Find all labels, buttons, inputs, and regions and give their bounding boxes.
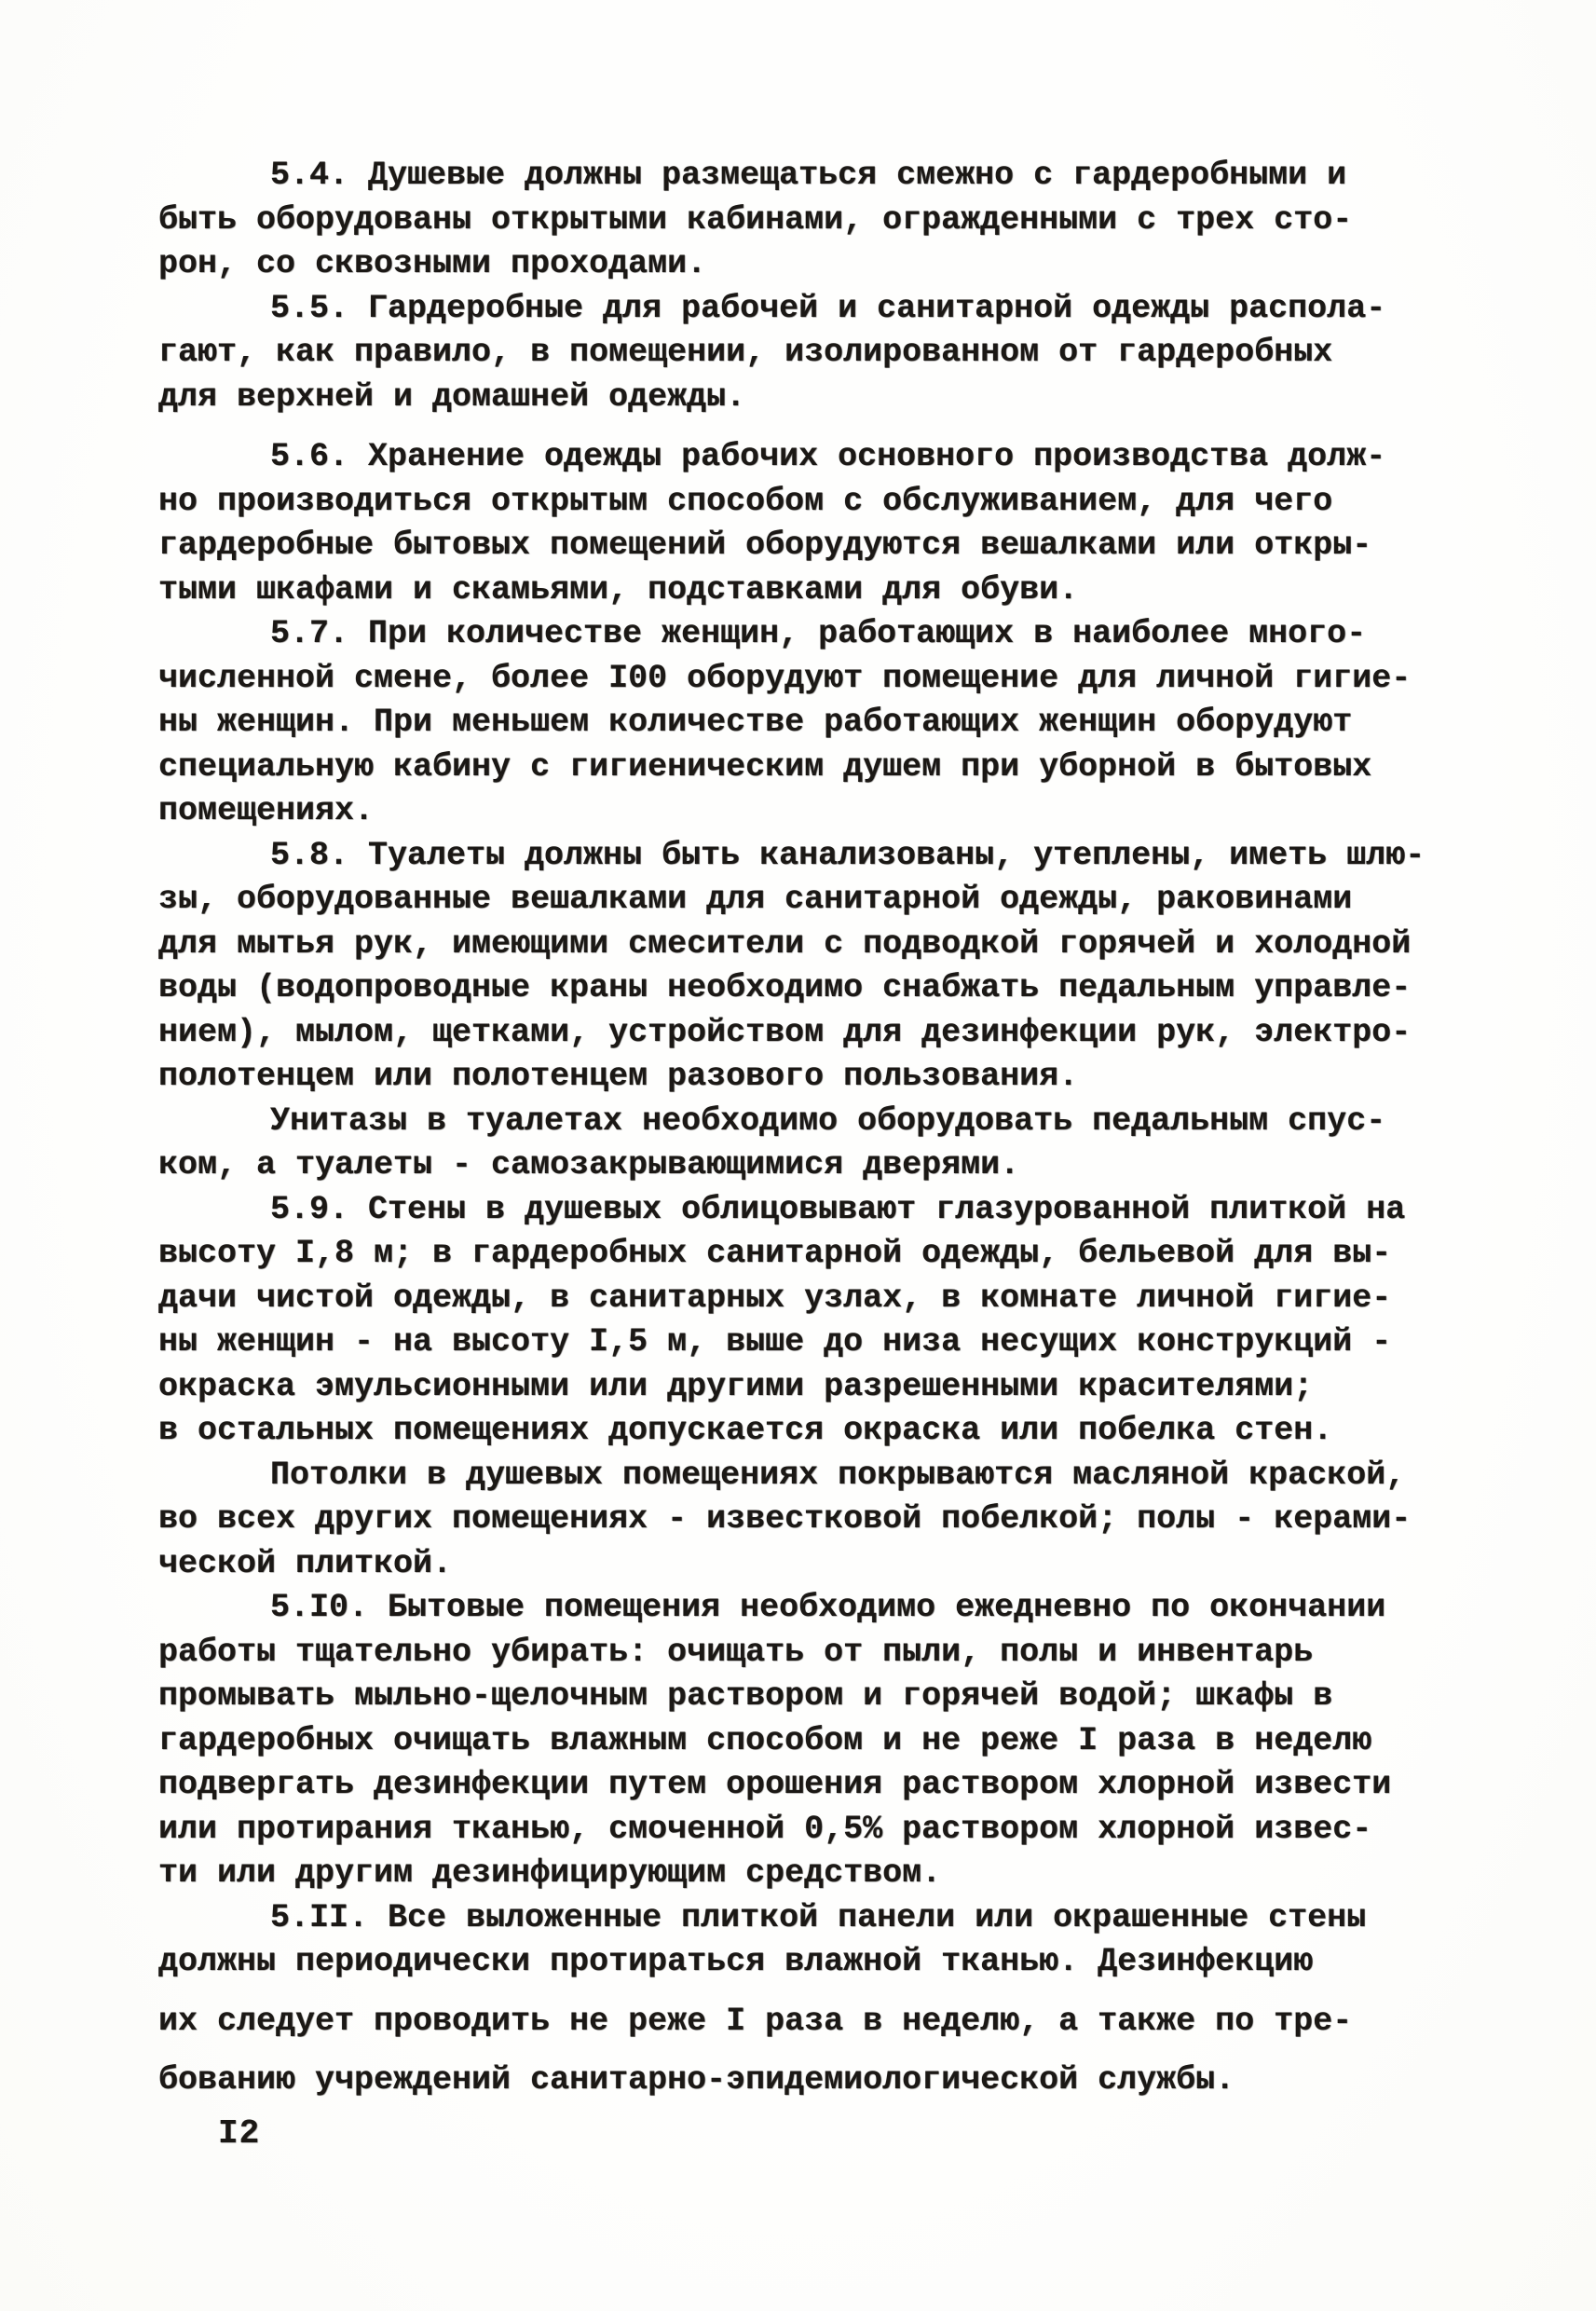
paragraph-5-4: 5.4. Душевые должны размещаться смежно с…: [158, 154, 1500, 287]
paragraph-5-6: 5.6. Хранение одежды рабочих основного п…: [158, 435, 1500, 612]
paragraph-5-7: 5.7. При количестве женщин, работающих в…: [158, 612, 1500, 834]
document-body: 5.4. Душевые должны размещаться смежно с…: [158, 154, 1500, 2103]
paragraph-5-11-continuation-1: их следует проводить не реже I раза в не…: [158, 2000, 1500, 2044]
paragraph-ceilings-note: Потолки в душевых помещениях покрываются…: [158, 1454, 1500, 1587]
paragraph-5-10: 5.I0. Бытовые помещения необходимо ежедн…: [158, 1586, 1500, 1896]
paragraph-5-11-continuation-2: бованию учреждений санитарно-эпидемиолог…: [158, 2058, 1500, 2103]
page-number: I2: [218, 2112, 260, 2156]
paragraph-5-5: 5.5. Гардеробные для рабочей и санитарно…: [158, 287, 1500, 420]
paragraph-5-8: 5.8. Туалеты должны быть канализованы, у…: [158, 834, 1500, 1100]
paragraph-5-9: 5.9. Стены в душевых облицовывают глазур…: [158, 1188, 1500, 1454]
paragraph-toilets-note: Унитазы в туалетах необходимо оборудоват…: [158, 1100, 1500, 1188]
scanned-document-page: 5.4. Душевые должны размещаться смежно с…: [0, 0, 1596, 2311]
paragraph-5-11: 5.II. Все выложенные плиткой панели или …: [158, 1896, 1500, 1985]
